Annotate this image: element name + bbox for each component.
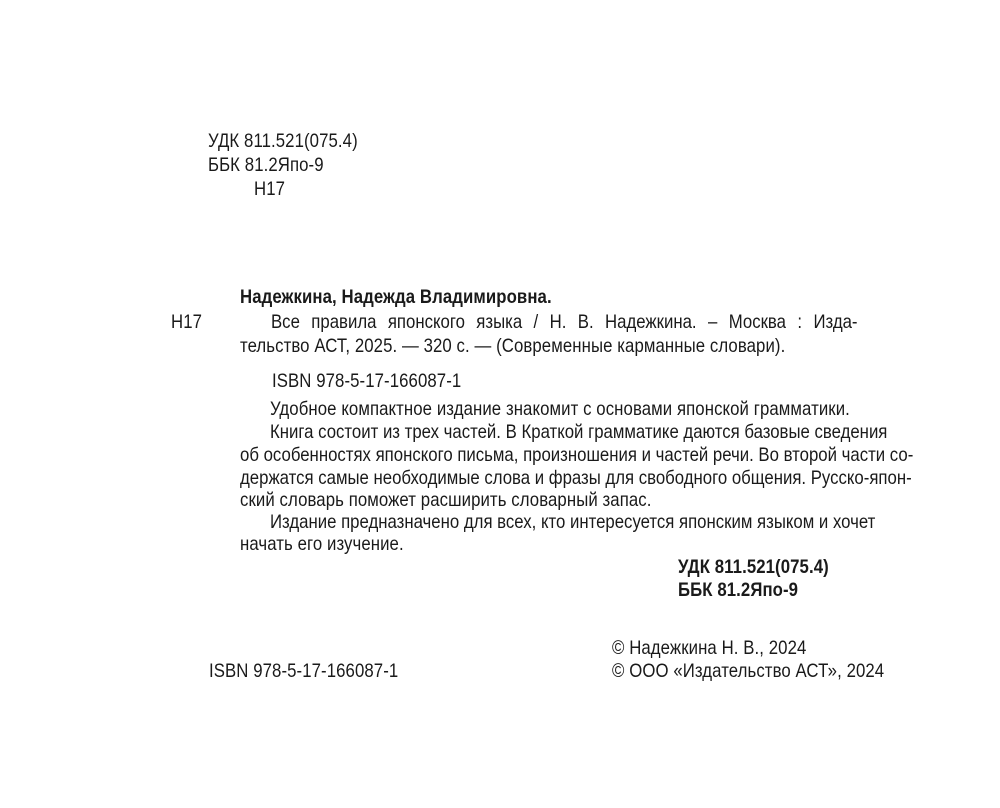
imprint-page: УДК 811.521(075.4) ББК 81.2Япо-9 Н17 Над… (0, 0, 1000, 808)
copyright-author: © Надежкина Н. В., 2024 (612, 637, 806, 659)
bottom-bbk-code: ББК 81.2Япо-9 (678, 579, 798, 601)
top-udk-code: УДК 811.521(075.4) (208, 130, 358, 152)
bottom-udk-code: УДК 811.521(075.4) (678, 556, 829, 578)
copyright-publisher: © ООО «Издательство АСТ», 2024 (612, 660, 884, 682)
abstract-line: Удобное компактное издание знакомит с ос… (270, 398, 850, 420)
abstract-line: начать его изучение. (240, 533, 404, 555)
top-bbk-code: ББК 81.2Япо-9 (208, 154, 324, 176)
abstract-line: Книга состоит из трех частей. В Краткой … (270, 421, 858, 443)
footer-isbn: ISBN 978-5-17-166087-1 (209, 660, 398, 682)
title-line-2: тельство АСТ, 2025. — 320 с. — (Современ… (240, 335, 785, 357)
abstract-line: Издание предназначено для всех, кто инте… (270, 511, 858, 533)
record-author-sign: Н17 (171, 311, 202, 333)
title-line-1: Все правила японского языка / Н. В. Наде… (271, 311, 858, 333)
abstract-line: ский словарь поможет расширить словарный… (240, 489, 652, 511)
abstract-line: держатся самые необходимые слова и фразы… (240, 467, 858, 489)
abstract-line: об особенностях японского письма, произн… (240, 444, 858, 466)
top-author-sign: Н17 (254, 178, 285, 200)
record-isbn: ISBN 978-5-17-166087-1 (272, 370, 461, 392)
author-heading: Надежкина, Надежда Владимировна. (240, 286, 552, 308)
